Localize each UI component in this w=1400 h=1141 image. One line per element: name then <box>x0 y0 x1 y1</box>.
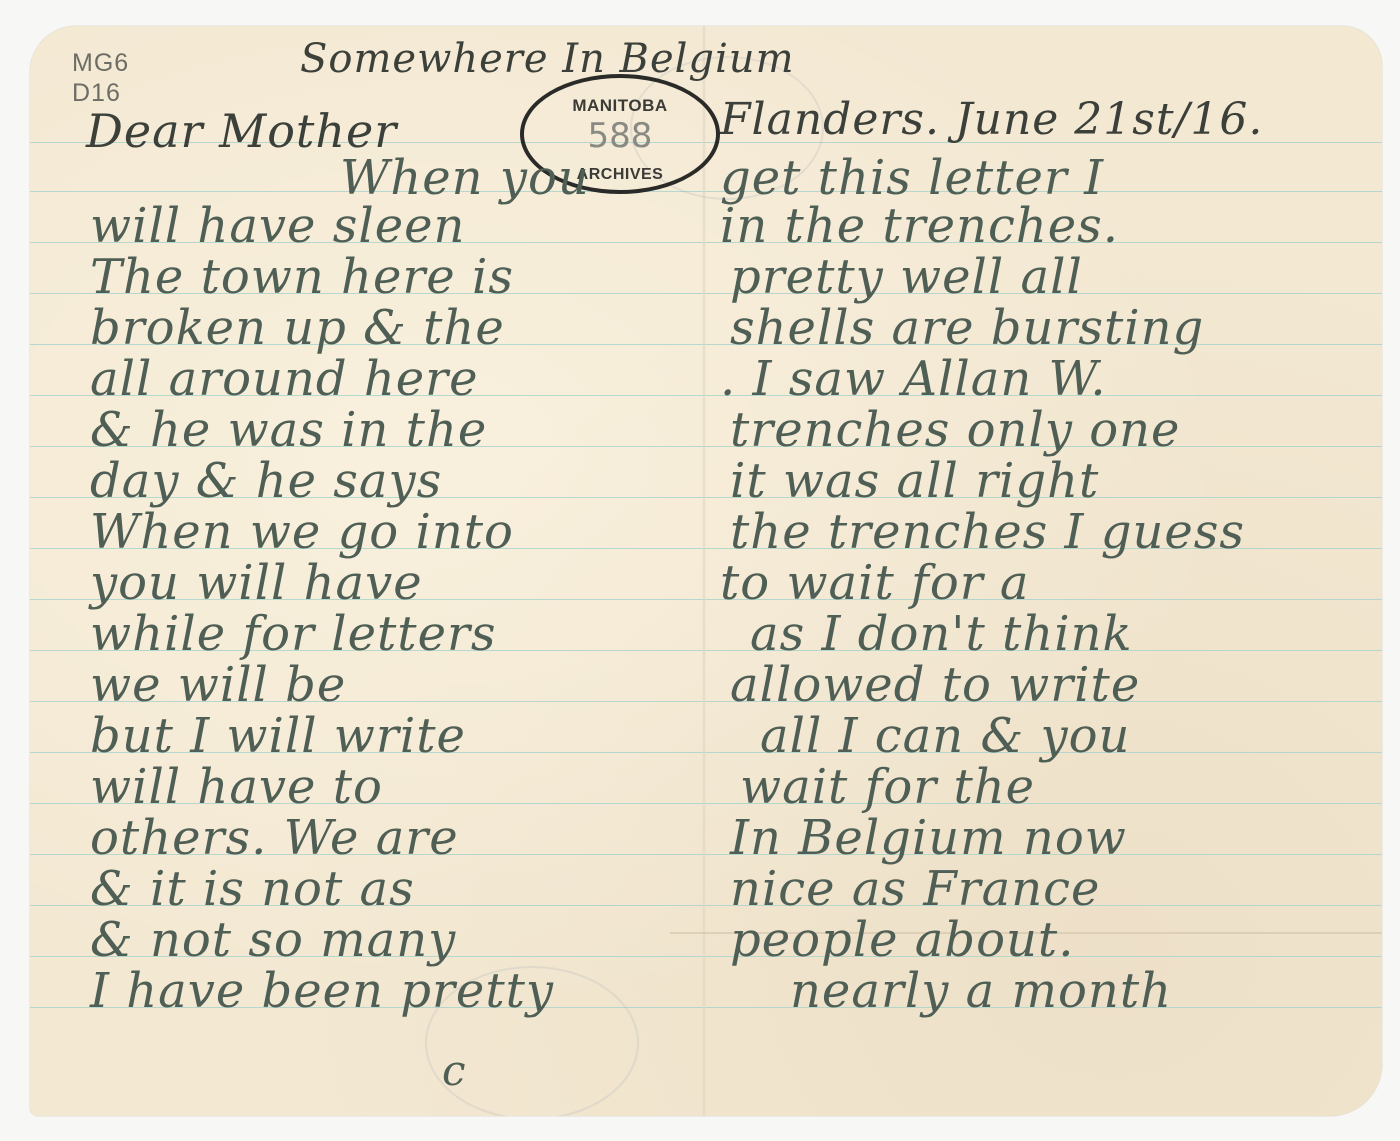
text-line: to wait for a <box>720 555 1030 611</box>
text-line: as I don't think <box>750 606 1133 662</box>
text-line: you will have <box>90 555 423 611</box>
date-line: Flanders. June 21st/16. <box>720 94 1263 145</box>
text-line: but I will write <box>90 708 466 764</box>
text-line: wait for the <box>740 759 1035 815</box>
text-line: it was all right <box>730 453 1099 509</box>
text-line: & not so many <box>90 912 456 968</box>
text-line: all around here <box>90 351 479 407</box>
text-line: . I saw Allan W. <box>720 351 1107 407</box>
text-line: will have sleen <box>90 198 465 254</box>
letter-page: MG6 D16 Somewhere In Belgium Dear Mother… <box>30 26 1382 1116</box>
place-line: Somewhere In Belgium <box>300 36 795 82</box>
text-line: in the trenches. <box>720 198 1119 254</box>
text-line: allowed to write <box>730 657 1140 713</box>
archive-reference: MG6 D16 <box>72 48 129 108</box>
text-line: pretty well all <box>730 249 1083 305</box>
text-line: trenches only one <box>730 402 1180 458</box>
text-line: all I can & you <box>760 708 1130 764</box>
text-line: while for letters <box>90 606 497 662</box>
text-line: I have been pretty <box>90 963 554 1019</box>
text-line: shells are bursting <box>730 300 1204 356</box>
archive-ref-line: MG6 <box>72 48 129 78</box>
text-line: nice as France <box>730 861 1100 917</box>
text-line: broken up & the <box>90 300 505 356</box>
text-line: day & he says <box>90 453 442 509</box>
footer-mark: c <box>442 1046 466 1095</box>
text-line: others. We are <box>90 810 459 866</box>
text-line: people about. <box>730 912 1074 968</box>
text-line: When we go into <box>90 504 514 560</box>
text-line: will have to <box>90 759 383 815</box>
text-line: nearly a month <box>790 963 1172 1019</box>
text-line: & it is not as <box>90 861 415 917</box>
text-line: we will be <box>90 657 346 713</box>
text-line: & he was in the <box>90 402 487 458</box>
text-line: the trenches I guess <box>730 504 1245 560</box>
text-line: In Belgium now <box>730 810 1127 866</box>
stamp-top-text: MANITOBA <box>524 96 716 116</box>
text-line: The town here is <box>90 249 514 305</box>
